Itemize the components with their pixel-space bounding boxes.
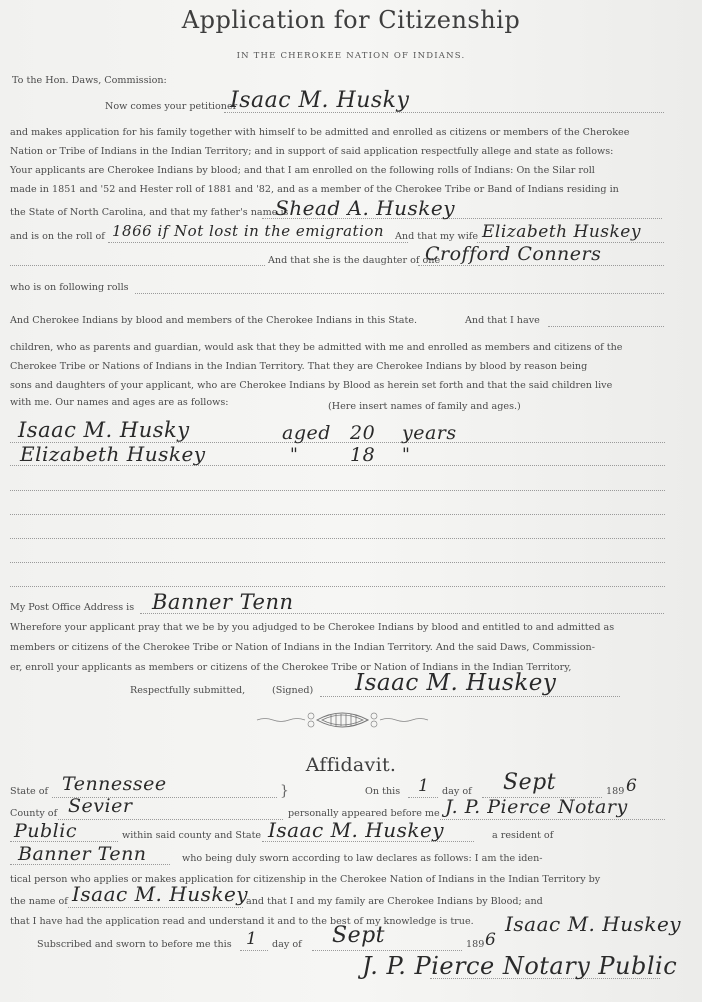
name-of-line (68, 907, 243, 908)
body-line-4: made in 1851 and '52 and Hester roll of … (10, 184, 619, 195)
family-1-age: 20 (350, 422, 375, 444)
body-line-2: Nation or Tribe of Indians in the Indian… (10, 146, 613, 157)
roll-label: and is on the roll of (10, 231, 105, 242)
brace: } (280, 783, 289, 799)
county-value: Sevier (68, 795, 132, 817)
day-line (408, 797, 438, 798)
submitted-label: Respectfully submitted, (130, 685, 245, 696)
family-2-age: 18 (350, 444, 375, 466)
state-value: Tennessee (62, 773, 167, 795)
state-label: State of (10, 786, 48, 797)
name-of-label: the name of (10, 896, 68, 907)
wife-name: Elizabeth Huskey (482, 222, 641, 242)
family-1-name: Isaac M. Husky (18, 418, 190, 442)
rolls-line (135, 293, 664, 294)
sub-month-value: Sept (332, 923, 385, 948)
county-label: County of (10, 808, 57, 819)
names-hint: (Here insert names of family and ages.) (328, 401, 521, 412)
family-line-6 (10, 562, 665, 563)
sub-day-of-label: day of (272, 939, 302, 950)
family-1-unit: years (402, 422, 457, 444)
salutation: To the Hon. Daws, Commission: (12, 75, 167, 86)
daughter-label: And that she is the daughter of one (268, 255, 440, 266)
notary-value: J. P. Pierce Notary (445, 796, 628, 818)
sub-day-line (240, 950, 268, 951)
affiant-value: Isaac M. Huskey (268, 818, 444, 842)
year-suffix: 6 (626, 776, 637, 796)
applicant-signature: Isaac M. Huskey (355, 670, 556, 696)
body-line-1: and makes application for his family tog… (10, 127, 629, 138)
family-1-age-label: aged (282, 422, 331, 444)
signature-line (320, 696, 620, 697)
children-line-2: Cherokee Tribe or Nations of Indians in … (10, 361, 587, 372)
sworn-label: who being duly sworn according to law de… (182, 853, 543, 864)
rolls-label: who is on following rolls (10, 282, 129, 293)
month-value: Sept (503, 770, 556, 795)
notary-cont: Public (14, 820, 77, 842)
wife-label: And that my wife (395, 231, 478, 242)
sub-year-suffix: 6 (485, 930, 496, 950)
signed-label: (Signed) (272, 685, 313, 696)
read-line: that I have had the application read and… (10, 916, 474, 927)
roll-value: 1866 if Not lost in the emigration (112, 222, 384, 240)
page-subtitle: IN THE CHEROKEE NATION OF INDIANS. (0, 51, 702, 61)
children-count-line (548, 326, 664, 327)
petitioner-name: Isaac M. Husky (230, 88, 409, 113)
wherefore-line-2: members or citizens of the Cherokee Trib… (10, 642, 595, 653)
within-label: within said county and State (122, 830, 261, 841)
ornament-divider-icon (255, 708, 430, 732)
wherefore-line-1: Wherefore your applicant pray that we be… (10, 622, 614, 633)
family-2-age-label: " (290, 445, 298, 465)
county-line (58, 819, 283, 820)
daughter-of: Crofford Conners (425, 243, 601, 265)
sub-day-value: 1 (246, 929, 257, 949)
body-line-3: Your applicants are Cherokee Indians by … (10, 165, 595, 176)
post-office-value: Banner Tenn (152, 590, 294, 614)
family-2-unit: " (402, 445, 410, 465)
daughter-prefix-line (10, 265, 265, 266)
children-line-1: children, who as parents and guardian, w… (10, 342, 622, 353)
affiant-signature: Isaac M. Huskey (505, 912, 681, 936)
children-line-3: sons and daughters of your applicant, wh… (10, 380, 612, 391)
residence-value: Banner Tenn (18, 843, 147, 865)
cherokee-line: And Cherokee Indians by blood and member… (10, 315, 417, 326)
family-line-4 (10, 514, 665, 515)
sub-month-line (312, 950, 462, 951)
sub-year-prefix: 189 (466, 939, 484, 950)
on-this-label: On this (365, 786, 400, 797)
notary-signature: J. P. Pierce Notary Public (362, 952, 677, 980)
document-page: Application for Citizenship IN THE CHERO… (0, 0, 702, 1002)
family-line-3 (10, 490, 665, 491)
family-line-5 (10, 538, 665, 539)
father-label: the State of North Carolina, and that my… (10, 207, 288, 218)
resident-label: a resident of (492, 830, 553, 841)
family-2-name: Elizabeth Huskey (20, 442, 206, 466)
daughter-line (418, 265, 664, 266)
notary-line (440, 819, 665, 820)
subscribed-label: Subscribed and sworn to before me this (37, 939, 232, 950)
day-value: 1 (418, 776, 429, 796)
family-label: and that I and my family are Cherokee In… (246, 896, 543, 907)
post-office-label: My Post Office Address is (10, 602, 134, 613)
father-name: Shead A. Huskey (275, 196, 455, 220)
names-intro: with me. Our names and ages are as follo… (10, 397, 229, 408)
petitioner-label: Now comes your petitioner (105, 101, 237, 112)
roll-line (108, 242, 408, 243)
children-label: And that I have (465, 315, 540, 326)
name-of-value: Isaac M. Huskey (72, 882, 248, 906)
page-title: Application for Citizenship (0, 6, 702, 34)
family-line-7 (10, 586, 665, 587)
